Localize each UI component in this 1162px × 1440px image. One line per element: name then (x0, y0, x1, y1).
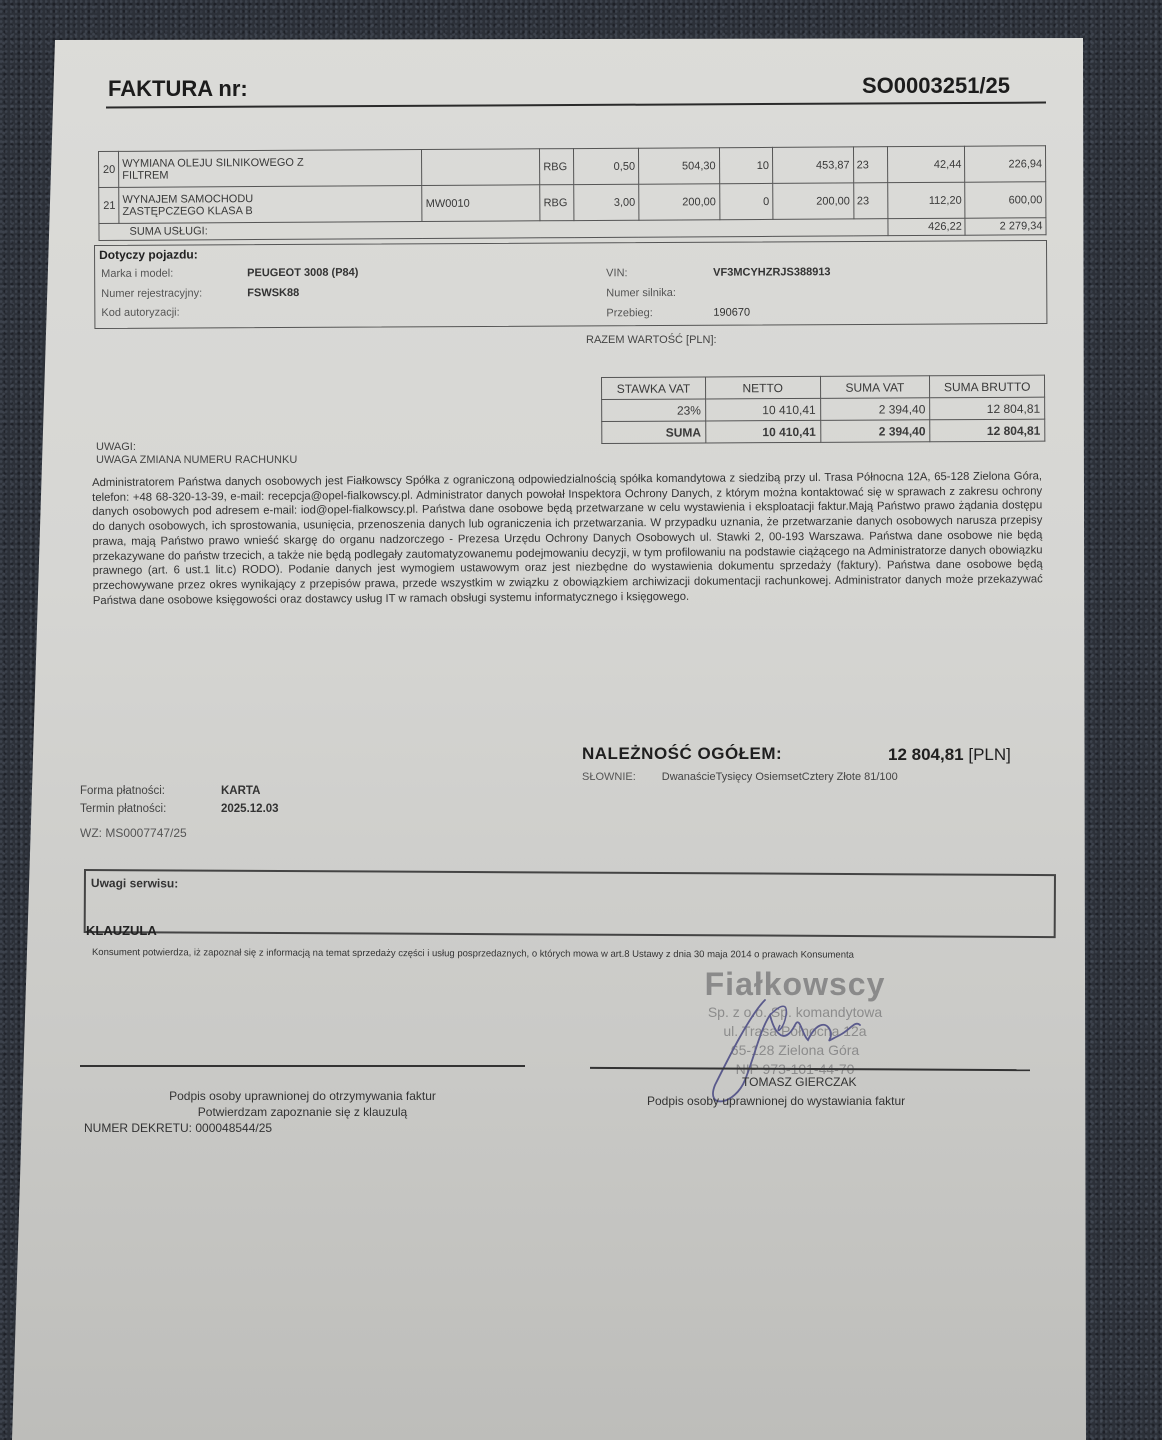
wz-number: WZ: MS0007747/25 (80, 826, 187, 840)
item-code (422, 149, 540, 186)
amount-due-currency: [PLN] (968, 745, 1011, 764)
vat-net: 10 410,41 (705, 398, 820, 421)
item-price: 504,30 (638, 148, 719, 184)
receiver-caption-line: Potwierdzam zapoznanie się z klauzulą (80, 1104, 525, 1120)
vat-summary-table: STAWKA VAT NETTO SUMA VAT SUMA BRUTTO 23… (601, 375, 1045, 444)
stamp-line: ul. Trasa Północna 12a (640, 1022, 950, 1041)
amount-due-value: 12 804,81 (888, 745, 964, 764)
vat-total-label: SUMA (602, 421, 706, 444)
payment-method-value: KARTA (221, 782, 260, 800)
services-sum-gross: 2 279,34 (965, 218, 1046, 235)
registration-label: Numer rejestracyjny: (101, 287, 202, 300)
payment-method-label: Forma płatności: (80, 785, 165, 797)
payment-due-label: Termin płatności: (80, 803, 166, 815)
services-sum-vat: 426,22 (888, 218, 966, 235)
amount-in-words: SŁOWNIE:DwanaścieTysięcy OsiemsetCztery … (582, 771, 898, 783)
amount-due: 12 804,81 [PLN] (888, 745, 1011, 765)
vin-value: VF3MCYHZRJS388913 (713, 266, 830, 279)
vat-gross: 12 804,81 (930, 397, 1045, 420)
notes-label: UWAGI: (96, 441, 297, 454)
company-stamp: Fiałkowscy Sp. z o.o. Sp. komandytowa ul… (640, 966, 950, 1079)
item-qty: 3,00 (574, 184, 639, 220)
vat-header-gross: SUMA BRUTTO (930, 375, 1045, 398)
notes-text: UWAGA ZMIANA NUMERU RACHUNKU (96, 454, 297, 467)
vat-total-vat: 2 394,40 (820, 420, 930, 443)
item-qty: 0,50 (574, 148, 639, 184)
vehicle-heading: Dotyczy pojazdu: (99, 247, 198, 262)
amount-in-words-value: DwanaścieTysięcy OsiemsetCztery Złote 81… (662, 771, 898, 783)
item-name: WYNAJEM SAMOCHODUZASTĘPCZEGO KLASA B (119, 186, 422, 224)
item-name-line: FILTREM (122, 168, 418, 182)
stamp-line: 65-128 Zielona Góra (640, 1041, 950, 1060)
vat-header-net: NETTO (705, 376, 820, 399)
item-vat-amount: 112,20 (887, 182, 965, 218)
item-discount: 0 (719, 183, 773, 219)
vat-rate: 23% (602, 399, 706, 422)
notes-block: UWAGI: UWAGA ZMIANA NUMERU RACHUNKU (96, 441, 297, 467)
vat-total-gross: 12 804,81 (930, 419, 1045, 442)
issuer-caption: Podpis osoby uprawnionej do wystawiania … (647, 1094, 905, 1108)
payment-method-row: Forma płatności:KARTA (80, 782, 166, 800)
item-lp: 20 (99, 151, 119, 187)
vin-label: VIN: (606, 267, 627, 279)
service-notes-label: Uwagi serwisu: (91, 876, 178, 890)
vat-header-row: STAWKA VAT NETTO SUMA VAT SUMA BRUTTO (602, 375, 1045, 399)
item-vat-rate: 23 (853, 183, 887, 219)
item-unit: RBG (540, 185, 574, 221)
payment-info: Forma płatności:KARTA Termin płatności:2… (80, 782, 166, 818)
payment-due-value: 2025.12.03 (221, 800, 279, 818)
vat-total-net: 10 410,41 (706, 420, 821, 443)
receiver-signature-line (80, 1065, 525, 1067)
amount-in-words-label: SŁOWNIE: (582, 771, 636, 783)
vat-header-rate: STAWKA VAT (602, 377, 706, 400)
item-net: 453,87 (772, 147, 853, 183)
make-model-label: Marka i model: (101, 268, 173, 280)
table-row: 21 WYNAJEM SAMOCHODUZASTĘPCZEGO KLASA B … (99, 182, 1046, 224)
item-lp: 21 (99, 187, 119, 223)
item-price: 200,00 (639, 184, 720, 220)
item-code: MW0010 (422, 185, 540, 222)
item-name: WYMIANA OLEJU SILNIKOWEGO ZFILTREM (119, 150, 422, 188)
receiver-caption: Podpis osoby uprawnionej do otrzymywania… (80, 1088, 525, 1120)
stamp-line: Sp. z o.o. Sp. komandytowa (640, 1003, 950, 1022)
item-unit: RBG (540, 149, 574, 185)
item-name-line: ZASTĘPCZEGO KLASA B (122, 204, 418, 218)
clause-heading: KLAUZULA (86, 923, 157, 938)
auth-code-label: Kod autoryzacji: (101, 307, 179, 319)
vat-amount: 2 394,40 (820, 398, 930, 421)
table-row: 20 WYMIANA OLEJU SILNIKOWEGO ZFILTREM RB… (99, 146, 1046, 188)
table-row: 23% 10 410,41 2 394,40 12 804,81 (602, 397, 1045, 421)
invoice-number: SO0003251/25 (862, 73, 1010, 99)
registration-value: FSWSK88 (247, 287, 299, 299)
vat-total-row: SUMA 10 410,41 2 394,40 12 804,81 (602, 419, 1045, 443)
engine-number-label: Numer silnika: (606, 287, 676, 299)
issuer-name: TOMASZ GIERCZAK (742, 1075, 856, 1089)
item-net: 200,00 (773, 183, 854, 219)
invoice-title-label: FAKTURA nr: (108, 76, 248, 102)
line-items-table: 20 WYMIANA OLEJU SILNIKOWEGO ZFILTREM RB… (98, 145, 1047, 241)
payment-due-row: Termin płatności:2025.12.03 (80, 800, 166, 818)
item-gross: 226,94 (965, 146, 1046, 182)
gdpr-notice: Administratorem Państwa danych osobowych… (92, 469, 1043, 608)
vehicle-info-box: Dotyczy pojazdu: Marka i model: PEUGEOT … (94, 240, 1047, 329)
item-vat-rate: 23 (853, 147, 887, 183)
mileage-label: Przebieg: (606, 307, 653, 319)
item-vat-amount: 42,44 (887, 146, 965, 182)
total-value-label: RAZEM WARTOŚĆ [PLN]: (586, 334, 717, 346)
stamp-brand: Fiałkowscy (640, 966, 950, 1003)
receiver-caption-line: Podpis osoby uprawnionej do otrzymywania… (80, 1088, 525, 1104)
mileage-value: 190670 (713, 307, 750, 319)
amount-due-label: NALEŻNOŚĆ OGÓŁEM: (582, 744, 782, 764)
vat-header-vat: SUMA VAT (820, 376, 930, 399)
make-model-value: PEUGEOT 3008 (P84) (247, 267, 358, 280)
item-discount: 10 (719, 147, 773, 183)
item-gross: 600,00 (965, 182, 1046, 218)
decree-number: NUMER DEKRETU: 000048544/25 (84, 1121, 272, 1135)
service-notes-box: Uwagi serwisu: (84, 869, 1056, 938)
